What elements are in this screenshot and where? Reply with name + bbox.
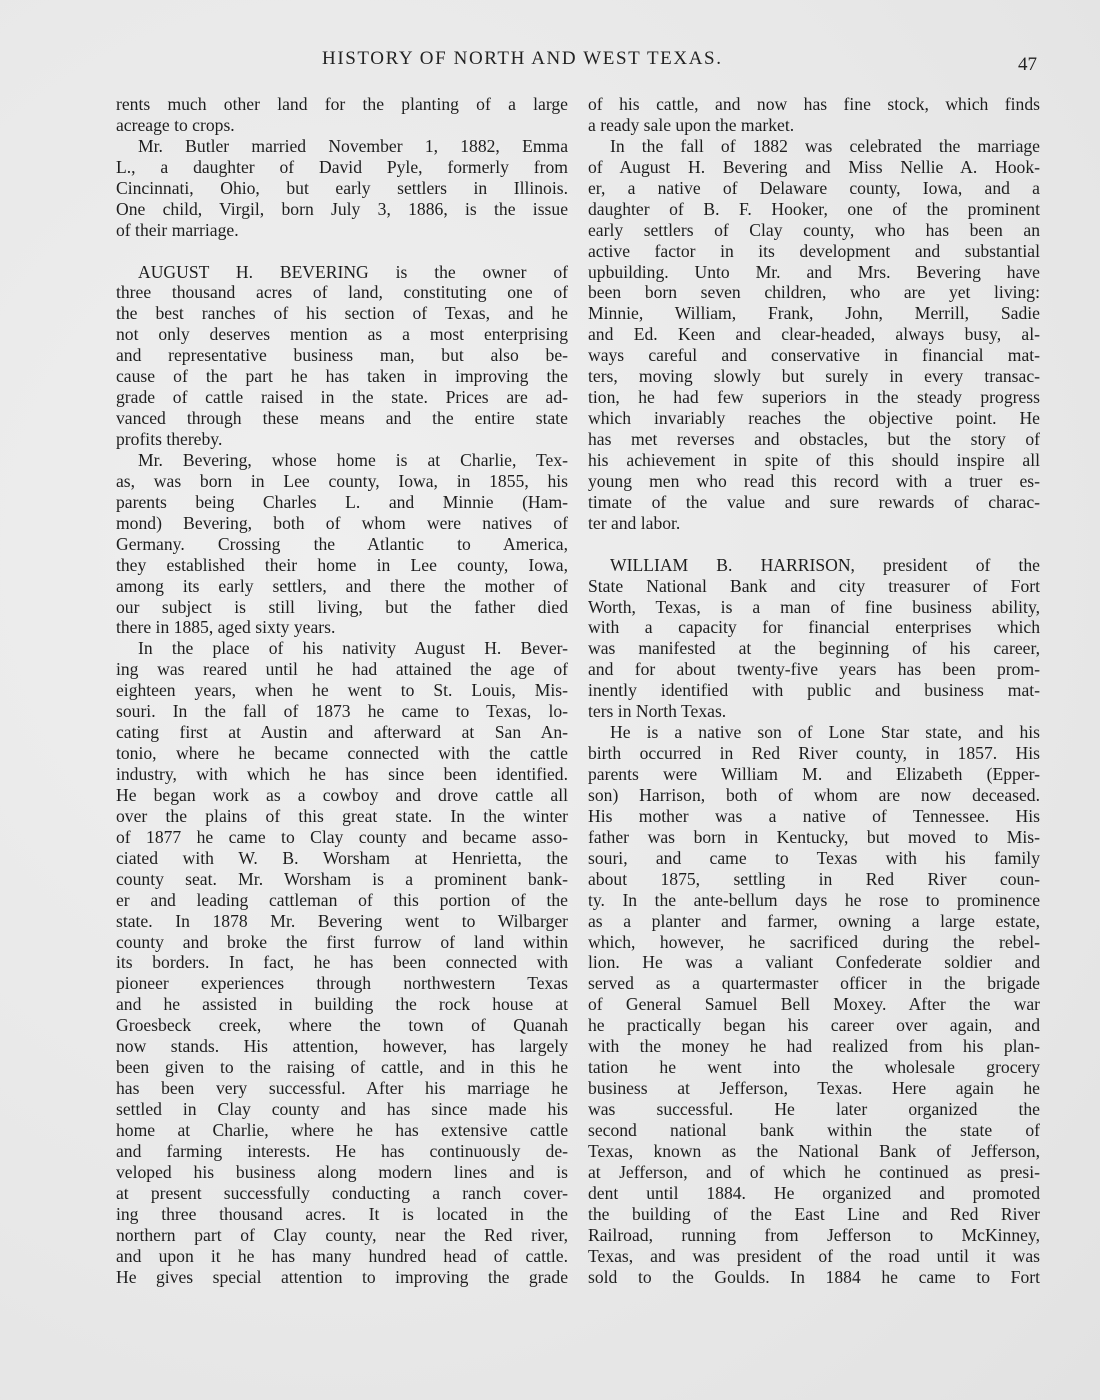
text-line: with a capacity for financial enterprise… — [588, 617, 1040, 638]
text-line: has met reverses and obstacles, but the … — [588, 429, 1040, 450]
text-line: home at Charlie, where he has extensive … — [116, 1120, 568, 1141]
text-line: state. In 1878 Mr. Bevering went to Wilb… — [116, 911, 568, 932]
text-line: He gives special attention to improving … — [116, 1267, 568, 1288]
text-line: Worth, Texas, is a man of fine business … — [588, 597, 1040, 618]
text-line: souri, and came to Texas with his family — [588, 848, 1040, 869]
paragraph-gap — [588, 534, 1040, 555]
text-line: parents were William M. and Elizabeth (E… — [588, 764, 1040, 785]
text-line: was manifested at the beginning of his c… — [588, 638, 1040, 659]
text-line: acreage to crops. — [116, 115, 568, 136]
text-line: early settlers of Clay county, who has b… — [588, 220, 1040, 241]
right-text-column: of his cattle, and now has fine stock, w… — [588, 94, 1040, 1287]
text-line: ter and labor. — [588, 513, 1040, 534]
text-line: which, however, he sacrificed during the… — [588, 932, 1040, 953]
text-line: cause of the part he has taken in improv… — [116, 366, 568, 387]
text-line: ciated with W. B. Worsham at Henrietta, … — [116, 848, 568, 869]
text-line: a ready sale upon the market. — [588, 115, 1040, 136]
text-line: birth occurred in Red River county, in 1… — [588, 743, 1040, 764]
text-line: at present successfully conducting a ran… — [116, 1183, 568, 1204]
text-line: active factor in its development and sub… — [588, 241, 1040, 262]
text-line: upbuilding. Unto Mr. and Mrs. Bevering h… — [588, 262, 1040, 283]
text-line: they established their home in Lee count… — [116, 555, 568, 576]
text-line: veloped his business along modern lines … — [116, 1162, 568, 1183]
text-line: tion, he had few superiors in the steady… — [588, 387, 1040, 408]
text-line: of their marriage. — [116, 220, 568, 241]
text-line: cating first at Austin and afterward at … — [116, 722, 568, 743]
text-line: In the fall of 1882 was celebrated the m… — [588, 136, 1040, 157]
text-line: souri. In the fall of 1873 he came to Te… — [116, 701, 568, 722]
text-line: WILLIAM B. HARRISON, president of the — [588, 555, 1040, 576]
text-line: Texas, and was president of the road unt… — [588, 1246, 1040, 1267]
text-line: of August H. Bevering and Miss Nellie A.… — [588, 157, 1040, 178]
running-header: HISTORY OF NORTH AND WEST TEXAS. 47 — [0, 48, 1100, 78]
text-line: vanced through these means and the entir… — [116, 408, 568, 429]
text-line: business at Jefferson, Texas. Here again… — [588, 1078, 1040, 1099]
text-line: not only deserves mention as a most ente… — [116, 324, 568, 345]
text-line: timate of the value and sure rewards of … — [588, 492, 1040, 513]
text-line: at Jefferson, and of which he continued … — [588, 1162, 1040, 1183]
text-line: tation he went into the wholesale grocer… — [588, 1057, 1040, 1078]
text-line: and representative business man, but als… — [116, 345, 568, 366]
text-line: State National Bank and city treasurer o… — [588, 576, 1040, 597]
text-line: His mother was a native of Tennessee. Hi… — [588, 806, 1040, 827]
text-line: Germany. Crossing the Atlantic to Americ… — [116, 534, 568, 555]
text-line: ways careful and conservative in financi… — [588, 345, 1040, 366]
text-line: mond) Bevering, both of whom were native… — [116, 513, 568, 534]
text-line: second national bank within the state of — [588, 1120, 1040, 1141]
text-line: AUGUST H. BEVERING is the owner of — [116, 262, 568, 283]
text-line: county seat. Mr. Worsham is a prominent … — [116, 869, 568, 890]
text-line: and he assisted in building the rock hou… — [116, 994, 568, 1015]
text-line: lion. He was a valiant Confederate soldi… — [588, 952, 1040, 973]
left-text-column: rents much other land for the planting o… — [116, 94, 568, 1287]
text-line: been born seven children, who are yet li… — [588, 282, 1040, 303]
text-line: er and leading cattleman of this portion… — [116, 890, 568, 911]
text-line: its borders. In fact, he has been connec… — [116, 952, 568, 973]
text-line: daughter of B. F. Hooker, one of the pro… — [588, 199, 1040, 220]
text-line: young men who read this record with a tr… — [588, 471, 1040, 492]
text-line: as, was born in Lee county, Iowa, in 185… — [116, 471, 568, 492]
text-line: Minnie, William, Frank, John, Merrill, S… — [588, 303, 1040, 324]
text-line: with the money he had realized from his … — [588, 1036, 1040, 1057]
text-line: Railroad, running from Jefferson to McKi… — [588, 1225, 1040, 1246]
text-line: among its early settlers, and there the … — [116, 576, 568, 597]
text-line: Mr. Butler married November 1, 1882, Emm… — [116, 136, 568, 157]
text-line: ing three thousand acres. It is located … — [116, 1204, 568, 1225]
text-line: served as a quartermaster officer in the… — [588, 973, 1040, 994]
text-line: He began work as a cowboy and drove catt… — [116, 785, 568, 806]
text-line: Mr. Bevering, whose home is at Charlie, … — [116, 450, 568, 471]
text-line: In the place of his nativity August H. B… — [116, 638, 568, 659]
text-line: of General Samuel Bell Moxey. After the … — [588, 994, 1040, 1015]
text-line: dent until 1884. He organized and promot… — [588, 1183, 1040, 1204]
text-line: three thousand acres of land, constituti… — [116, 282, 568, 303]
text-line: county and broke the first furrow of lan… — [116, 932, 568, 953]
running-title: HISTORY OF NORTH AND WEST TEXAS. — [322, 48, 723, 70]
text-line: son) Harrison, both of whom are now dece… — [588, 785, 1040, 806]
text-line: ters in North Texas. — [588, 701, 1040, 722]
paragraph-gap — [116, 241, 568, 262]
text-line: of his cattle, and now has fine stock, w… — [588, 94, 1040, 115]
text-line: and farming interests. He has continuous… — [116, 1141, 568, 1162]
text-line: ters, moving slowly but surely in every … — [588, 366, 1040, 387]
text-line: L., a daughter of David Pyle, formerly f… — [116, 157, 568, 178]
text-line: rents much other land for the planting o… — [116, 94, 568, 115]
text-line: ty. In the ante-bellum days he rose to p… — [588, 890, 1040, 911]
text-line: ing was reared until he had attained the… — [116, 659, 568, 680]
text-line: Texas, known as the National Bank of Jef… — [588, 1141, 1040, 1162]
text-line: and upon it he has many hundred head of … — [116, 1246, 568, 1267]
text-line: settled in Clay county and has since mad… — [116, 1099, 568, 1120]
text-line: industry, with which he has since been i… — [116, 764, 568, 785]
text-line: Groesbeck creek, where the town of Quana… — [116, 1015, 568, 1036]
text-line: er, a native of Delaware county, Iowa, a… — [588, 178, 1040, 199]
text-line: profits thereby. — [116, 429, 568, 450]
text-line: tonio, where he became connected with th… — [116, 743, 568, 764]
text-line: of 1877 he came to Clay county and becam… — [116, 827, 568, 848]
text-line: One child, Virgil, born July 3, 1886, is… — [116, 199, 568, 220]
text-line: northern part of Clay county, near the R… — [116, 1225, 568, 1246]
text-line: and for about twenty-five years has been… — [588, 659, 1040, 680]
text-line: He is a native son of Lone Star state, a… — [588, 722, 1040, 743]
text-line: his achievement in spite of this should … — [588, 450, 1040, 471]
text-line: there in 1885, aged sixty years. — [116, 617, 568, 638]
text-line: which invariably reaches the objective p… — [588, 408, 1040, 429]
scanned-book-page: HISTORY OF NORTH AND WEST TEXAS. 47 rent… — [0, 0, 1100, 1400]
text-line: pioneer experiences through northwestern… — [116, 973, 568, 994]
text-line: parents being Charles L. and Minnie (Ham… — [116, 492, 568, 513]
text-line: grade of cattle raised in the state. Pri… — [116, 387, 568, 408]
text-line: the building of the East Line and Red Ri… — [588, 1204, 1040, 1225]
text-line: now stands. His attention, however, has … — [116, 1036, 568, 1057]
text-line: sold to the Goulds. In 1884 he came to F… — [588, 1267, 1040, 1288]
text-line: eighteen years, when he went to St. Loui… — [116, 680, 568, 701]
text-line: and Ed. Keen and clear-headed, always bu… — [588, 324, 1040, 345]
text-line: he practically began his career over aga… — [588, 1015, 1040, 1036]
text-line: about 1875, settling in Red River coun- — [588, 869, 1040, 890]
text-line: been given to the raising of cattle, and… — [116, 1057, 568, 1078]
text-line: as a planter and farmer, owning a large … — [588, 911, 1040, 932]
text-line: Cincinnati, Ohio, but early settlers in … — [116, 178, 568, 199]
text-line: our subject is still living, but the fat… — [116, 597, 568, 618]
text-line: inently identified with public and busin… — [588, 680, 1040, 701]
page-number: 47 — [1018, 54, 1037, 76]
text-line: has been very successful. After his marr… — [116, 1078, 568, 1099]
text-line: the best ranches of his section of Texas… — [116, 303, 568, 324]
text-line: was successful. He later organized the — [588, 1099, 1040, 1120]
text-line: father was born in Kentucky, but moved t… — [588, 827, 1040, 848]
text-line: over the plains of this great state. In … — [116, 806, 568, 827]
